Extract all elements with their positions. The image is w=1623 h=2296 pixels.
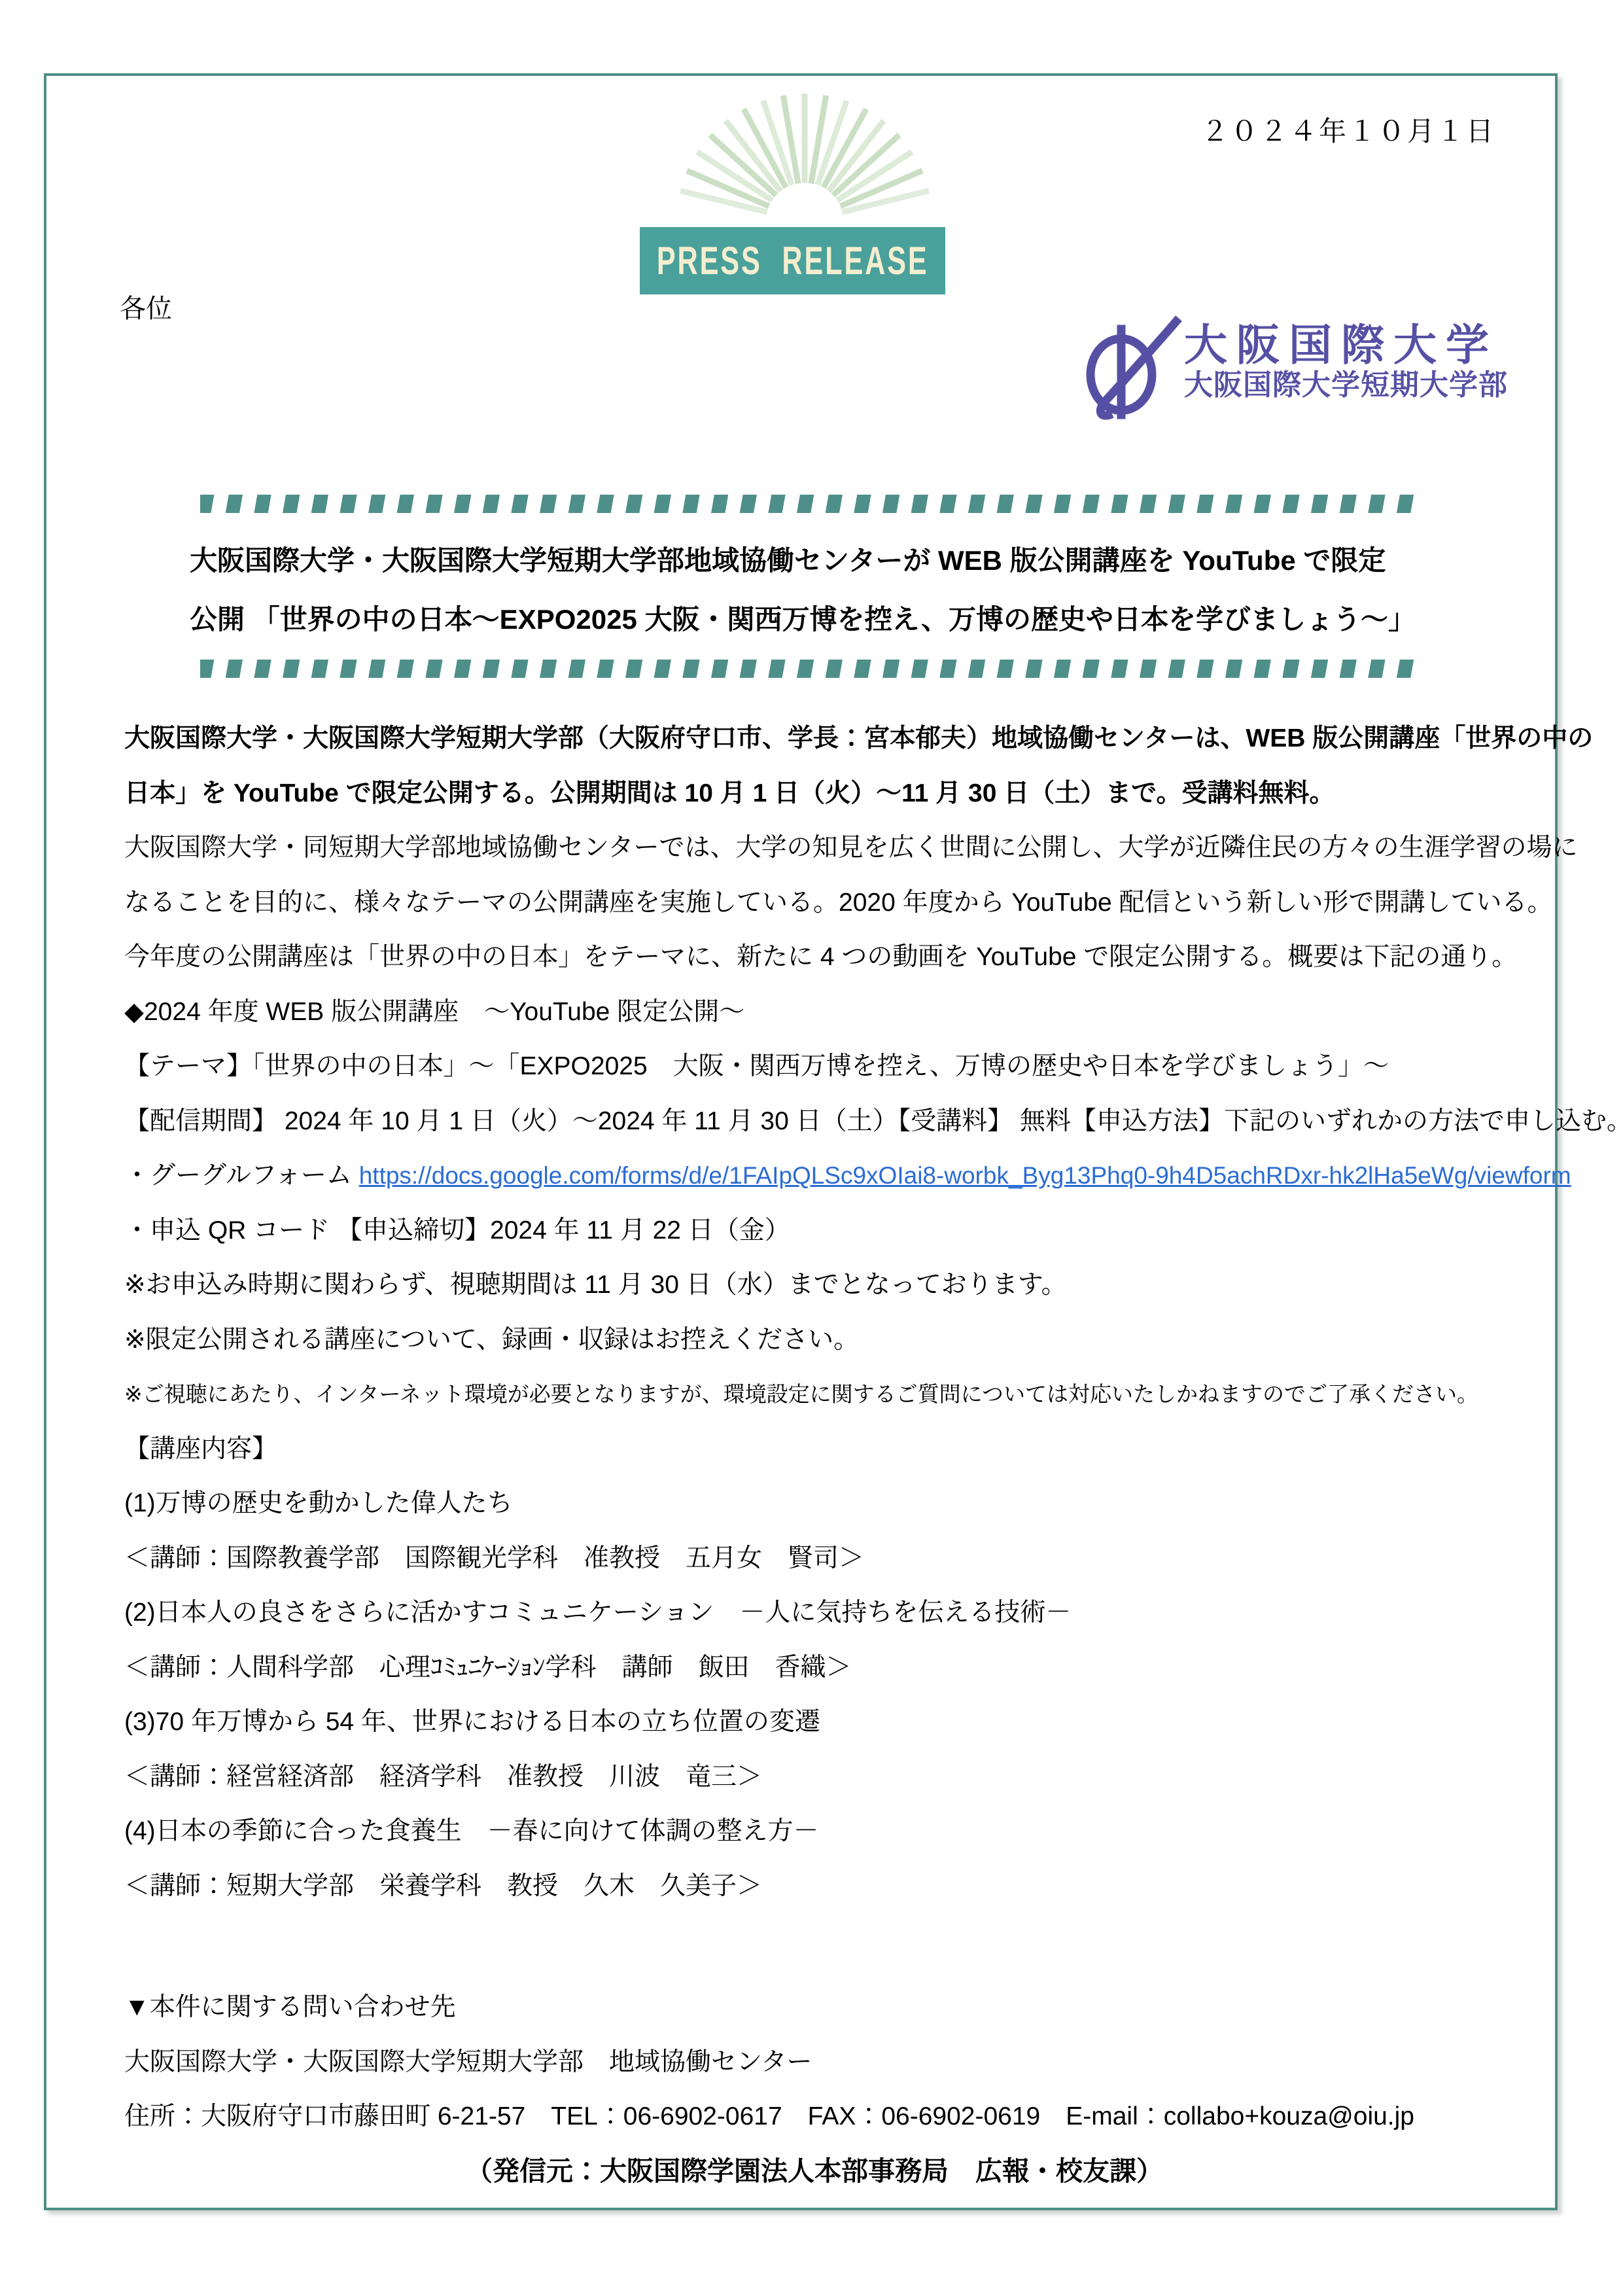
schedule-line: 【配信期間】 2024 年 10 月 1 日（火）～2024 年 11 月 30… [124, 1094, 1505, 1149]
press-release-page: { "date": "２０２４年１０月１日", "banner_label": … [0, 0, 1623, 2296]
university-logo-text: 大阪国際大学 大阪国際大学短期大学部 [1184, 322, 1508, 402]
course2-title: (2)日本人の良さをさらに活かすコミュニケーション －人に気持ちを伝える技術－ [124, 1585, 1505, 1640]
contact-block: ▼本件に関する問い合わせ先 大阪国際大学・大阪国際大学短期大学部 地域協働センタ… [124, 1980, 1505, 2199]
course4-lecturer: ＜講師：短期大学部 栄養学科 教授 久木 久美子＞ [124, 1859, 1505, 1914]
salutation: 各位 [120, 288, 172, 325]
press-release-banner: PRESS RELEASE [640, 227, 945, 294]
body-line: 大阪国際大学・同短期大学部地域協働センターでは、大学の知見を広く世間に公開し、大… [124, 821, 1505, 875]
qr-deadline-line: ・申込 QR コード 【申込締切】2024 年 11 月 22 日（金） [124, 1203, 1505, 1258]
course4-title: (4)日本の季節に合った食養生 －春に向けて体調の整え方－ [124, 1804, 1505, 1859]
university-logo: 大阪国際大学 大阪国際大学短期大学部 [1081, 309, 1532, 433]
release-date: ２０２４年１０月１日 [1201, 110, 1495, 149]
lead-paragraph-line1: 大阪国際大学・大阪国際大学短期大学部（大阪府守口市、学長：宮本郁夫）地域協働セン… [124, 711, 1505, 766]
issuer-line: （発信元：大阪国際学園法人本部事務局 広報・校友課） [124, 2144, 1505, 2199]
course1-lecturer: ＜講師：国際教養学部 国際観光学科 准教授 五月女 賢司＞ [124, 1531, 1505, 1586]
course1-title: (1)万博の歴史を動かした偉人たち [124, 1476, 1505, 1531]
note-viewing-period: ※お申込み時期に関わらず、視聴期間は 11 月 30 日（水）までとなっておりま… [124, 1258, 1505, 1313]
note-no-recording: ※限定公開される講座について、録画・収録はお控えください。 [124, 1313, 1505, 1368]
course-content-heading: 【講座内容】 [124, 1422, 1505, 1477]
contact-org: 大阪国際大学・大阪国際大学短期大学部 地域協働センター [124, 2035, 1505, 2090]
headline-line1: 大阪国際大学・大阪国際大学短期大学部地域協働センターが WEB 版公開講座を Y… [190, 531, 1485, 590]
lead-paragraph-line2: 日本」を YouTube で限定公開する。公開期間は 10 月 1 日（火）～1… [124, 766, 1505, 821]
course-year-heading: ◆2024 年度 WEB 版公開講座 ～YouTube 限定公開～ [124, 985, 1505, 1040]
contact-address: 住所：大阪府守口市藤田町 6-21-57 TEL：06-6902-0617 FA… [124, 2089, 1505, 2144]
note-internet: ※ご視聴にあたり、インターネット環境が必要となりますが、環境設定に関するご質問に… [124, 1367, 1505, 1422]
press-release-label: PRESS RELEASE [657, 238, 929, 283]
sunburst-fan-graphic [654, 89, 955, 219]
title-dashed-rule-top [200, 495, 1421, 513]
course3-title: (3)70 年万博から 54 年、世界における日本の立ち位置の変遷 [124, 1695, 1505, 1750]
google-form-line: ・グーグルフォーム https://docs.google.com/forms/… [124, 1148, 1505, 1203]
headline-line2: 公開 「世界の中の日本～EXPO2025 大阪・関西万博を控え、万博の歴史や日本… [190, 590, 1485, 649]
body-line: なることを目的に、様々なテーマの公開講座を実施している。2020 年度から Yo… [124, 875, 1505, 930]
google-form-label: ・グーグルフォーム [124, 1161, 359, 1190]
junior-college-name: 大阪国際大学短期大学部 [1184, 369, 1508, 402]
course2-lecturer: ＜講師：人間科学部 心理ｺﾐｭﾆｹｰｼｮﾝ学科 講師 飯田 香織＞ [124, 1640, 1505, 1695]
body-line: 今年度の公開講座は「世界の中の日本」をテーマに、新たに 4 つの動画を YouT… [124, 930, 1505, 985]
title-dashed-rule-bottom [200, 660, 1421, 678]
body-text: 大阪国際大学・大阪国際大学短期大学部（大阪府守口市、学長：宮本郁夫）地域協働セン… [124, 711, 1505, 1913]
theme-line: 【テーマ】「世界の中の日本」～「EXPO2025 大阪・関西万博を控え、万博の歴… [124, 1039, 1505, 1094]
university-logo-mark-icon [1081, 314, 1185, 422]
university-name: 大阪国際大学 [1184, 322, 1508, 368]
headline: 大阪国際大学・大阪国際大学短期大学部地域協働センターが WEB 版公開講座を Y… [190, 531, 1485, 649]
course3-lecturer: ＜講師：経営経済部 経済学科 准教授 川波 竜三＞ [124, 1750, 1505, 1805]
google-form-link[interactable]: https://docs.google.com/forms/d/e/1FAIpQ… [359, 1162, 1571, 1189]
contact-heading: ▼本件に関する問い合わせ先 [124, 1980, 1505, 2035]
